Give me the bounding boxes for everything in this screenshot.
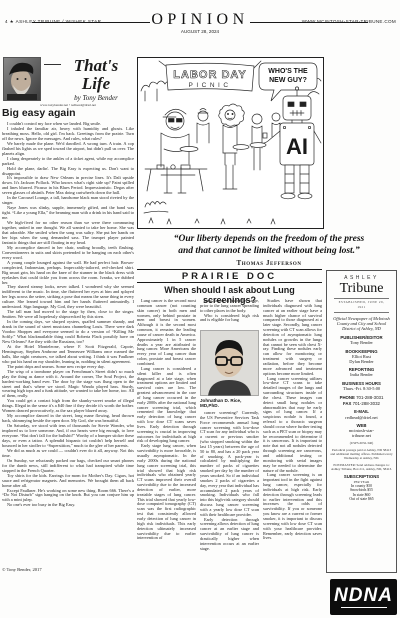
email-value: redhead@drtel.net xyxy=(330,415,393,420)
text-line: It's impossible to draw New Orleans in p… xyxy=(2,176,134,196)
prairie-doc-rule-top xyxy=(137,269,322,270)
text-line: Who is considered high risk and is eligi… xyxy=(200,314,259,324)
postmaster-notice: POSTMASTER: Send address changes to: Ash… xyxy=(330,463,393,471)
prairie-doc-column-2: lung cancer at an earlier stage, prior t… xyxy=(200,299,259,561)
publisher-name: Tony Bender xyxy=(330,340,393,345)
text-line: My accomplice danced in her chair, smili… xyxy=(2,246,134,261)
phone-label: PHONE xyxy=(340,395,355,400)
cartoon-bubble-line1: WHO'S THE xyxy=(268,68,308,75)
text-line: lung cancer at an earlier stage, prior t… xyxy=(200,299,259,314)
text-line: Early stage lung cancer, when survivabil… xyxy=(137,444,196,541)
phone-number: 701-288-3031 xyxy=(356,395,383,400)
phone-line: PHONE 701-288-3031 xyxy=(330,395,393,400)
text-line: Lung cancer screening is an important to… xyxy=(263,473,322,541)
text-line: No one's ever too busy in the Big Easy. xyxy=(2,503,134,508)
prairie-doc-rule-bottom xyxy=(137,282,322,283)
ndna-logo: NDNA xyxy=(330,579,397,615)
web-value-line2: tribune.net xyxy=(330,433,393,438)
robot-ai-label: AI xyxy=(286,134,308,159)
fax-line: FAX 701-288-3032 xyxy=(330,401,393,406)
copyright-line: © Tony Bender, 2017 xyxy=(2,567,42,572)
text-line: They shared steamy looks, never talked. … xyxy=(2,285,134,310)
text-line: cancer screening? Currently, the US Prev… xyxy=(200,411,259,518)
prairie-doc-section-title: PRAIRIE DOC xyxy=(137,271,322,282)
pull-quote: “Our liberty depends on the freedom of t… xyxy=(138,234,400,257)
column-title-line1: That's xyxy=(58,56,134,75)
column-title-line2: Life xyxy=(58,75,134,93)
text-line: Studies have shown that individuals diag… xyxy=(263,299,322,377)
masthead-box: ASHLEY Tribune ESTABLISHED, JUNE 29, 192… xyxy=(326,270,397,573)
pull-quote-line1: “Our liberty depends on the freedom of t… xyxy=(174,234,365,244)
prairie-doc-column-1: Lung cancer is the second most common ca… xyxy=(137,299,196,561)
header-rule-right xyxy=(250,22,368,23)
prairie-doc-column-3: Studies have shown that individuals diag… xyxy=(263,299,322,561)
postage-notice: Periodical postage paid at Ashley, ND 58… xyxy=(330,448,393,460)
reporting-name: India Bender xyxy=(330,372,393,377)
pull-quote-line2: and that cannot be limited without being… xyxy=(178,246,360,256)
text-line: Naye Jones was slinky, supple, immensely… xyxy=(2,206,134,221)
ndna-logo-underline xyxy=(341,607,387,609)
text-line: Out of state $65 xyxy=(330,497,393,502)
cartoon-bubble-line2: NEW GUY? xyxy=(269,77,307,84)
page-date: AUGUST 28, 2024 xyxy=(0,29,400,34)
doctor-photo-caption: Johnathan D. Rice, MD,PhD. xyxy=(200,398,259,409)
fax-number: 701-288-3032 xyxy=(353,401,380,406)
ndna-logo-text: NDNA xyxy=(334,586,393,605)
text-line: The wisp of a trombone player on Frenchm… xyxy=(2,370,134,400)
text-line: At the Hotel Monteleone, where F. Scott … xyxy=(2,345,134,365)
column-byline: by Tony Bender xyxy=(58,94,134,102)
text-line: Lung cancer screening utilizes low-dose … xyxy=(263,377,322,474)
text-line: We high-fived for no other reason than w… xyxy=(2,221,134,246)
text-line: Toy shirts for the kids. Earrings for mo… xyxy=(2,474,134,489)
masthead-official-notice: Official Newspaper of McIntosh County an… xyxy=(330,316,393,332)
usps-number: (USPS #032-340) xyxy=(330,441,393,445)
article-body: I couldn't control my face when we lande… xyxy=(2,122,134,563)
text-line: I inhaled the familiar air, heavy with h… xyxy=(2,127,134,142)
bookkeeping-name-2: Dylan Bender xyxy=(330,359,393,364)
text-line: You could get a contact high from the sk… xyxy=(2,399,134,414)
fax-label: FAX xyxy=(343,401,351,406)
masthead-title: Tribune xyxy=(330,281,393,296)
tony-bender-photo xyxy=(3,57,41,101)
header-rule-left xyxy=(32,22,150,23)
doctor-photo xyxy=(200,330,259,396)
text-line: Early detection through screening allows… xyxy=(200,518,259,552)
editorial-cartoon: LABOR DAY PICNIC WHO'S THE NEW GUY? AI xyxy=(137,57,324,229)
text-line: On Saturday, we stood with tens of thous… xyxy=(2,424,134,449)
text-line: Lung cancer is considered a silent kille… xyxy=(137,367,196,445)
text-line: A young couple lounged against the wall.… xyxy=(2,261,134,286)
column-title: That's Life by Tony Bender xyxy=(58,56,134,102)
prairie-doc-column-2-rest: cancer screening? Currently, the US Prev… xyxy=(200,411,259,561)
cartoon-banner-text: LABOR DAY xyxy=(173,69,246,81)
prairie-doc-column-2-intro: lung cancer at an earlier stage, prior t… xyxy=(200,299,259,329)
text-line: Lung cancer is the second most common ca… xyxy=(137,299,196,367)
hours-value: Thurs.-Fri. 8:30-5:00 xyxy=(330,386,393,391)
cartoon-banner-subtext: PICNIC xyxy=(188,82,231,89)
article-headline: Big easy again xyxy=(2,107,134,119)
text-line: In the coming days, we slurped oysters, … xyxy=(2,320,134,345)
text-line: Except Faulkner. He's working on some ne… xyxy=(2,489,134,504)
text-line: On Sunday, we reluctantly packed our bag… xyxy=(2,459,134,474)
pull-quote-attribution: Thomas Jefferson xyxy=(138,259,400,267)
masthead-established: ESTABLISHED, JUNE 29, 1921 xyxy=(334,298,389,312)
subscription-rates: In county $50Snowbirds $55In state $60Ou… xyxy=(330,484,393,502)
text-line: We barely made the plane. We'd dawdled. … xyxy=(2,142,134,157)
